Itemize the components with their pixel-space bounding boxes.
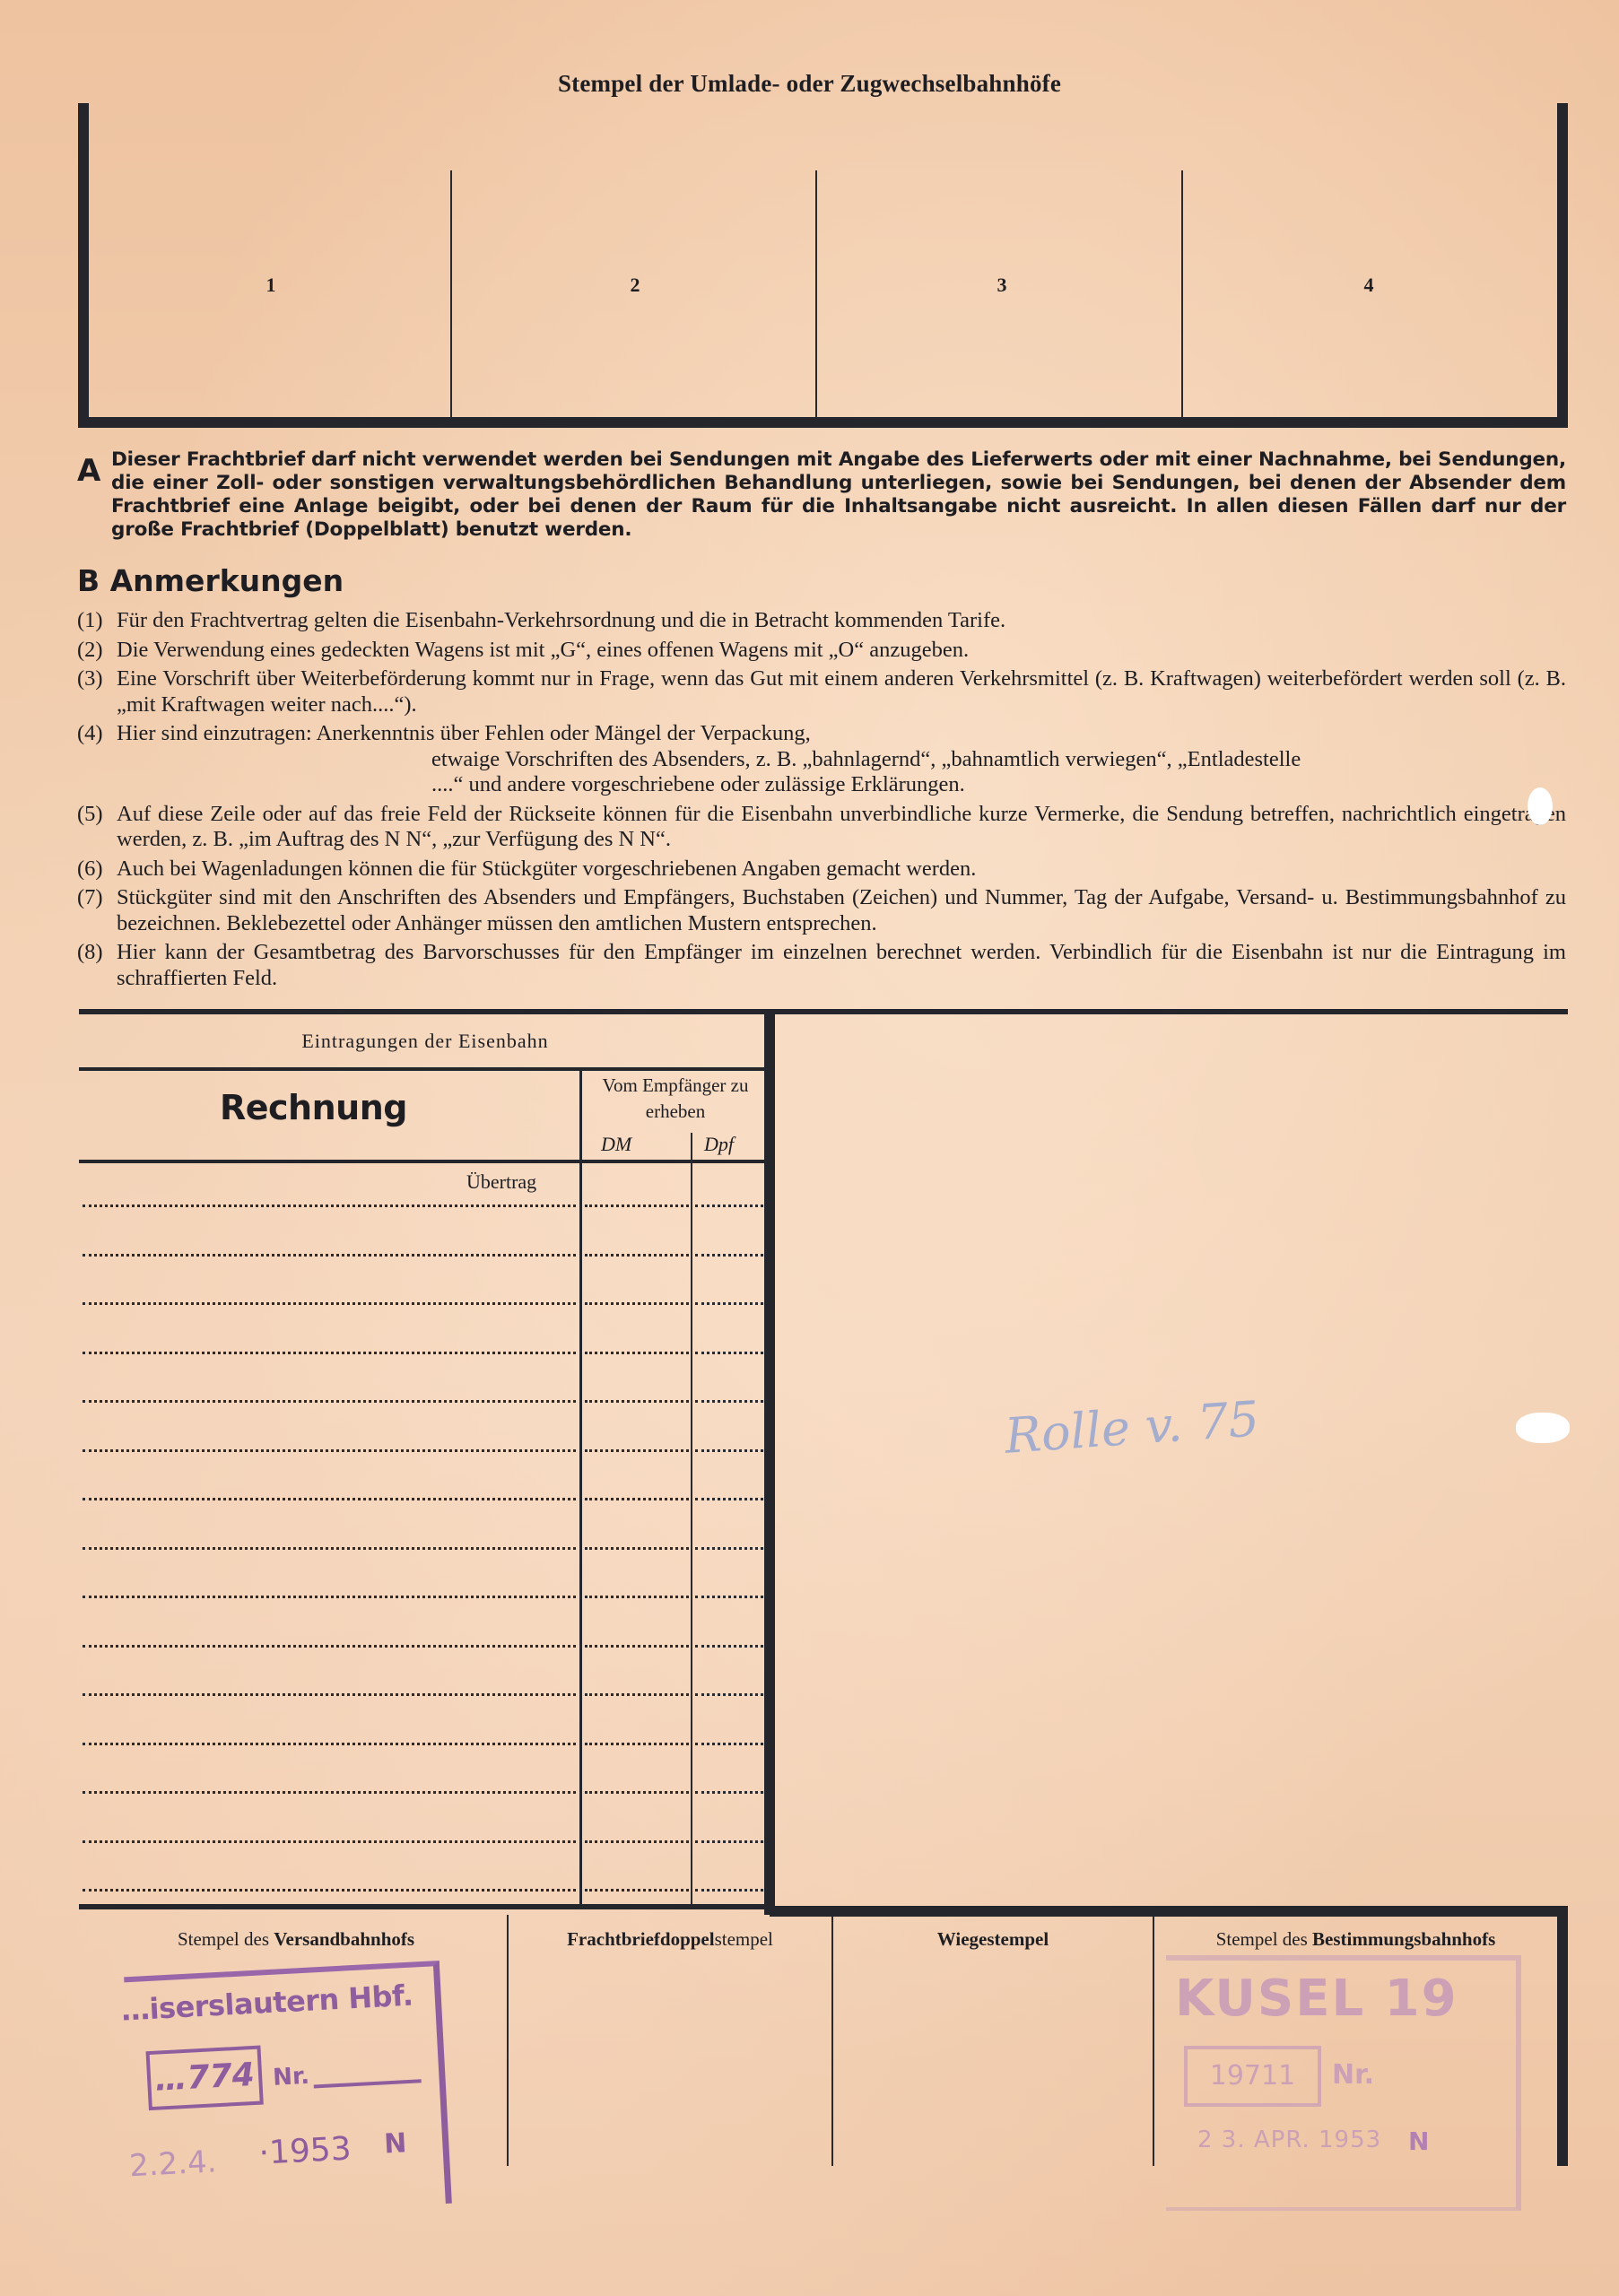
section-a-text: Dieser Frachtbrief darf nicht verwendet …	[111, 448, 1566, 542]
invoice-row-line[interactable]	[83, 1840, 576, 1843]
invoice-row-line[interactable]	[585, 1254, 689, 1257]
note-item: (1) Für den Frachtvertrag gelten die Eis…	[77, 608, 1566, 634]
header-bottom-rule	[79, 1160, 766, 1163]
invoice-row-line[interactable]	[695, 1254, 763, 1257]
duplicate-stamp-field[interactable]: Frachtbriefdoppelstempel	[509, 1928, 831, 1951]
note-text: Für den Frachtvertrag gelten die Eisenba…	[117, 608, 1566, 634]
label-bold: Wiegestempel	[937, 1928, 1049, 1950]
note-number: (2)	[77, 638, 117, 664]
label-bold: Versandbahnhofs	[274, 1928, 414, 1950]
label-prefix: Stempel des	[178, 1928, 274, 1950]
invoice-row-line[interactable]	[585, 1889, 689, 1892]
invoice-row-line[interactable]	[83, 1743, 576, 1745]
invoice-row-line[interactable]	[695, 1840, 763, 1843]
notes-list: (1) Für den Frachtvertrag gelten die Eis…	[77, 608, 1566, 995]
note-number: (3)	[77, 666, 117, 717]
dispatch-station-stamp-field[interactable]: Stempel des Versandbahnhofs	[85, 1928, 507, 1951]
note-item: (6) Auch bei Wagenladungen können die fü…	[77, 857, 1566, 883]
invoice-row-line[interactable]	[585, 1547, 689, 1550]
header-rule	[79, 1067, 766, 1071]
invoice-row-line[interactable]	[585, 1302, 689, 1305]
invoice-row-line[interactable]	[695, 1498, 763, 1500]
invoice-row-line[interactable]	[585, 1352, 689, 1354]
note-number: (5)	[77, 802, 117, 853]
stamp-date: 2.2.4.	[128, 2144, 217, 2184]
stamp-nr-label: Nr.	[1332, 2059, 1374, 2091]
stamp-number: 19711	[1184, 2046, 1321, 2107]
note-item: (2) Die Verwendung eines gedeckten Wagen…	[77, 638, 1566, 664]
stamp-field-3[interactable]: 3	[984, 274, 1020, 297]
collect-from-recipient-header: Vom Empfänger zu erheben	[581, 1073, 770, 1125]
invoice-row-line[interactable]	[695, 1449, 763, 1452]
invoice-row-line[interactable]	[585, 1743, 689, 1745]
invoice-row-line[interactable]	[83, 1205, 576, 1207]
note-text-block: Hier sind einzutragen: Anerkenntnis über…	[117, 721, 1566, 798]
note-number: (6)	[77, 857, 117, 883]
frame-bottom-border	[78, 417, 1568, 428]
stamp-suffix: N	[1408, 2126, 1429, 2156]
invoice-row-line[interactable]	[585, 1645, 689, 1648]
note-number: (7)	[77, 885, 117, 936]
destination-rubber-stamp: KUSEL 19 19711 Nr. 2 3. APR. 1953 N	[1166, 1955, 1521, 2211]
note-text: Auf diese Zeile oder auf das freie Feld …	[117, 802, 1566, 853]
invoice-row-line[interactable]	[83, 1547, 576, 1550]
stamp-field-2[interactable]: 2	[617, 274, 653, 297]
invoice-row-line[interactable]	[695, 1547, 763, 1550]
label-suffix: stempel	[715, 1928, 773, 1950]
section-b-heading: B Anmerkungen	[77, 563, 344, 598]
stamp-field-1[interactable]: 1	[253, 274, 289, 297]
dispatch-rubber-stamp: …iserslautern Hbf. …774 Nr. 2.2.4. ·1953…	[124, 1961, 452, 2220]
punch-hole	[1528, 787, 1553, 825]
weighing-stamp-field[interactable]: Wiegestempel	[833, 1928, 1153, 1951]
invoice-row-line[interactable]	[695, 1302, 763, 1305]
frame-right-border	[1557, 103, 1568, 428]
invoice-row-line[interactable]	[695, 1645, 763, 1648]
invoice-row-line[interactable]	[585, 1791, 689, 1794]
invoice-row-line[interactable]	[585, 1498, 689, 1500]
invoice-row-line[interactable]	[83, 1302, 576, 1305]
invoice-row-line[interactable]	[695, 1596, 763, 1598]
invoice-row-line[interactable]	[695, 1693, 763, 1696]
column-divider	[450, 170, 452, 418]
divider-rule	[79, 1009, 1568, 1014]
note-text: Hier kann der Gesamtbetrag des Barvorsch…	[117, 940, 1566, 991]
bottom-frame-top	[770, 1906, 1568, 1917]
stamp-suffix: N	[383, 2127, 407, 2160]
currency-pf-header: Dpf	[704, 1133, 734, 1156]
railway-entries-title: Eintragungen der Eisenbahn	[81, 1030, 770, 1053]
invoice-row-line[interactable]	[585, 1596, 689, 1598]
column-divider	[1181, 170, 1183, 418]
note-text: Eine Vorschrift über Weiterbeförderung k…	[117, 666, 1566, 717]
stamp-nr-line	[314, 2079, 422, 2088]
invoice-title: Rechnung	[220, 1088, 407, 1127]
note-subline: ....“ und andere vorgeschriebene oder zu…	[117, 772, 1566, 798]
invoice-row-line[interactable]	[83, 1693, 576, 1696]
label-prefix: Stempel des	[1216, 1928, 1312, 1950]
handwritten-note: Rolle v. 75	[1003, 1390, 1261, 1465]
invoice-row-line[interactable]	[83, 1791, 576, 1794]
destination-station-stamp-field[interactable]: Stempel des Bestimmungsbahnhofs	[1154, 1928, 1557, 1951]
stamp-column-divider	[507, 1915, 509, 2166]
top-stamp-section-title: Stempel der Umlade- oder Zugwechselbahnh…	[0, 70, 1619, 98]
invoice-row-line[interactable]	[695, 1743, 763, 1745]
stamp-year: ·1953	[258, 2130, 353, 2171]
stamp-field-4[interactable]: 4	[1351, 274, 1387, 297]
note-text: Die Verwendung eines gedeckten Wagens is…	[117, 638, 1566, 664]
invoice-row-line[interactable]	[83, 1254, 576, 1257]
note-text: Stückgüter sind mit den Anschriften des …	[117, 885, 1566, 936]
note-item: (4) Hier sind einzutragen: Anerkenntnis …	[77, 721, 1566, 798]
stamp-column-divider	[1153, 1915, 1154, 2166]
punch-hole	[1516, 1413, 1570, 1443]
invoice-row-line[interactable]	[695, 1352, 763, 1354]
note-text: Hier sind einzutragen: Anerkenntnis über…	[117, 721, 811, 745]
note-item: (5) Auf diese Zeile oder auf das freie F…	[77, 802, 1566, 853]
note-number: (8)	[77, 940, 117, 991]
stamp-number: …774	[146, 2046, 264, 2111]
note-item: (7) Stückgüter sind mit den Anschriften …	[77, 885, 1566, 936]
invoice-row-line[interactable]	[83, 1400, 576, 1403]
column-divider	[815, 170, 817, 418]
currency-dm-header: DM	[601, 1133, 631, 1156]
invoice-row-line[interactable]	[83, 1352, 576, 1354]
invoice-row-line[interactable]	[585, 1400, 689, 1403]
stamp-nr-label: Nr.	[272, 2063, 309, 2092]
invoice-row-line[interactable]	[585, 1840, 689, 1843]
stamp-date: 2 3. APR. 1953	[1197, 2126, 1381, 2153]
invoice-row-line[interactable]	[695, 1205, 763, 1207]
section-a-letter: A	[77, 453, 100, 489]
invoice-row-line[interactable]	[83, 1498, 576, 1500]
amount-column-divider	[579, 1070, 582, 1904]
note-number: (1)	[77, 608, 117, 634]
note-text: Auch bei Wagenladungen können die für St…	[117, 857, 1566, 883]
stamp-station-name: …iserslautern Hbf.	[120, 1979, 413, 2028]
note-number: (4)	[77, 721, 117, 798]
note-item: (3) Eine Vorschrift über Weiterbeförderu…	[77, 666, 1566, 717]
invoice-row-line[interactable]	[83, 1889, 576, 1892]
note-item: (8) Hier kann der Gesamtbetrag des Barvo…	[77, 940, 1566, 991]
label-bold: Frachtbriefdoppel	[567, 1928, 714, 1950]
invoice-row-line[interactable]	[585, 1205, 689, 1207]
invoice-row-line[interactable]	[83, 1596, 576, 1598]
bottom-frame-right	[1557, 1906, 1568, 2166]
invoice-row-line[interactable]	[695, 1400, 763, 1403]
invoice-right-border	[764, 1009, 775, 1915]
stamp-column-divider	[831, 1915, 833, 2166]
invoice-bottom-rule	[79, 1904, 775, 1909]
note-subline: etwaige Vorschriften des Absenders, z. B…	[117, 747, 1566, 773]
carry-over-label: Übertrag	[466, 1170, 536, 1194]
invoice-row-line[interactable]	[83, 1449, 576, 1452]
invoice-row-line[interactable]	[83, 1645, 576, 1648]
label-bold: Bestimmungsbahnhofs	[1312, 1928, 1495, 1950]
stamp-station-name: KUSEL 19	[1175, 1970, 1458, 2028]
invoice-row-line[interactable]	[695, 1889, 763, 1892]
pf-column-divider	[691, 1160, 692, 1904]
invoice-row-line[interactable]	[585, 1693, 689, 1696]
frame-left-border	[78, 103, 89, 428]
invoice-row-line[interactable]	[585, 1449, 689, 1452]
invoice-row-line[interactable]	[695, 1791, 763, 1794]
